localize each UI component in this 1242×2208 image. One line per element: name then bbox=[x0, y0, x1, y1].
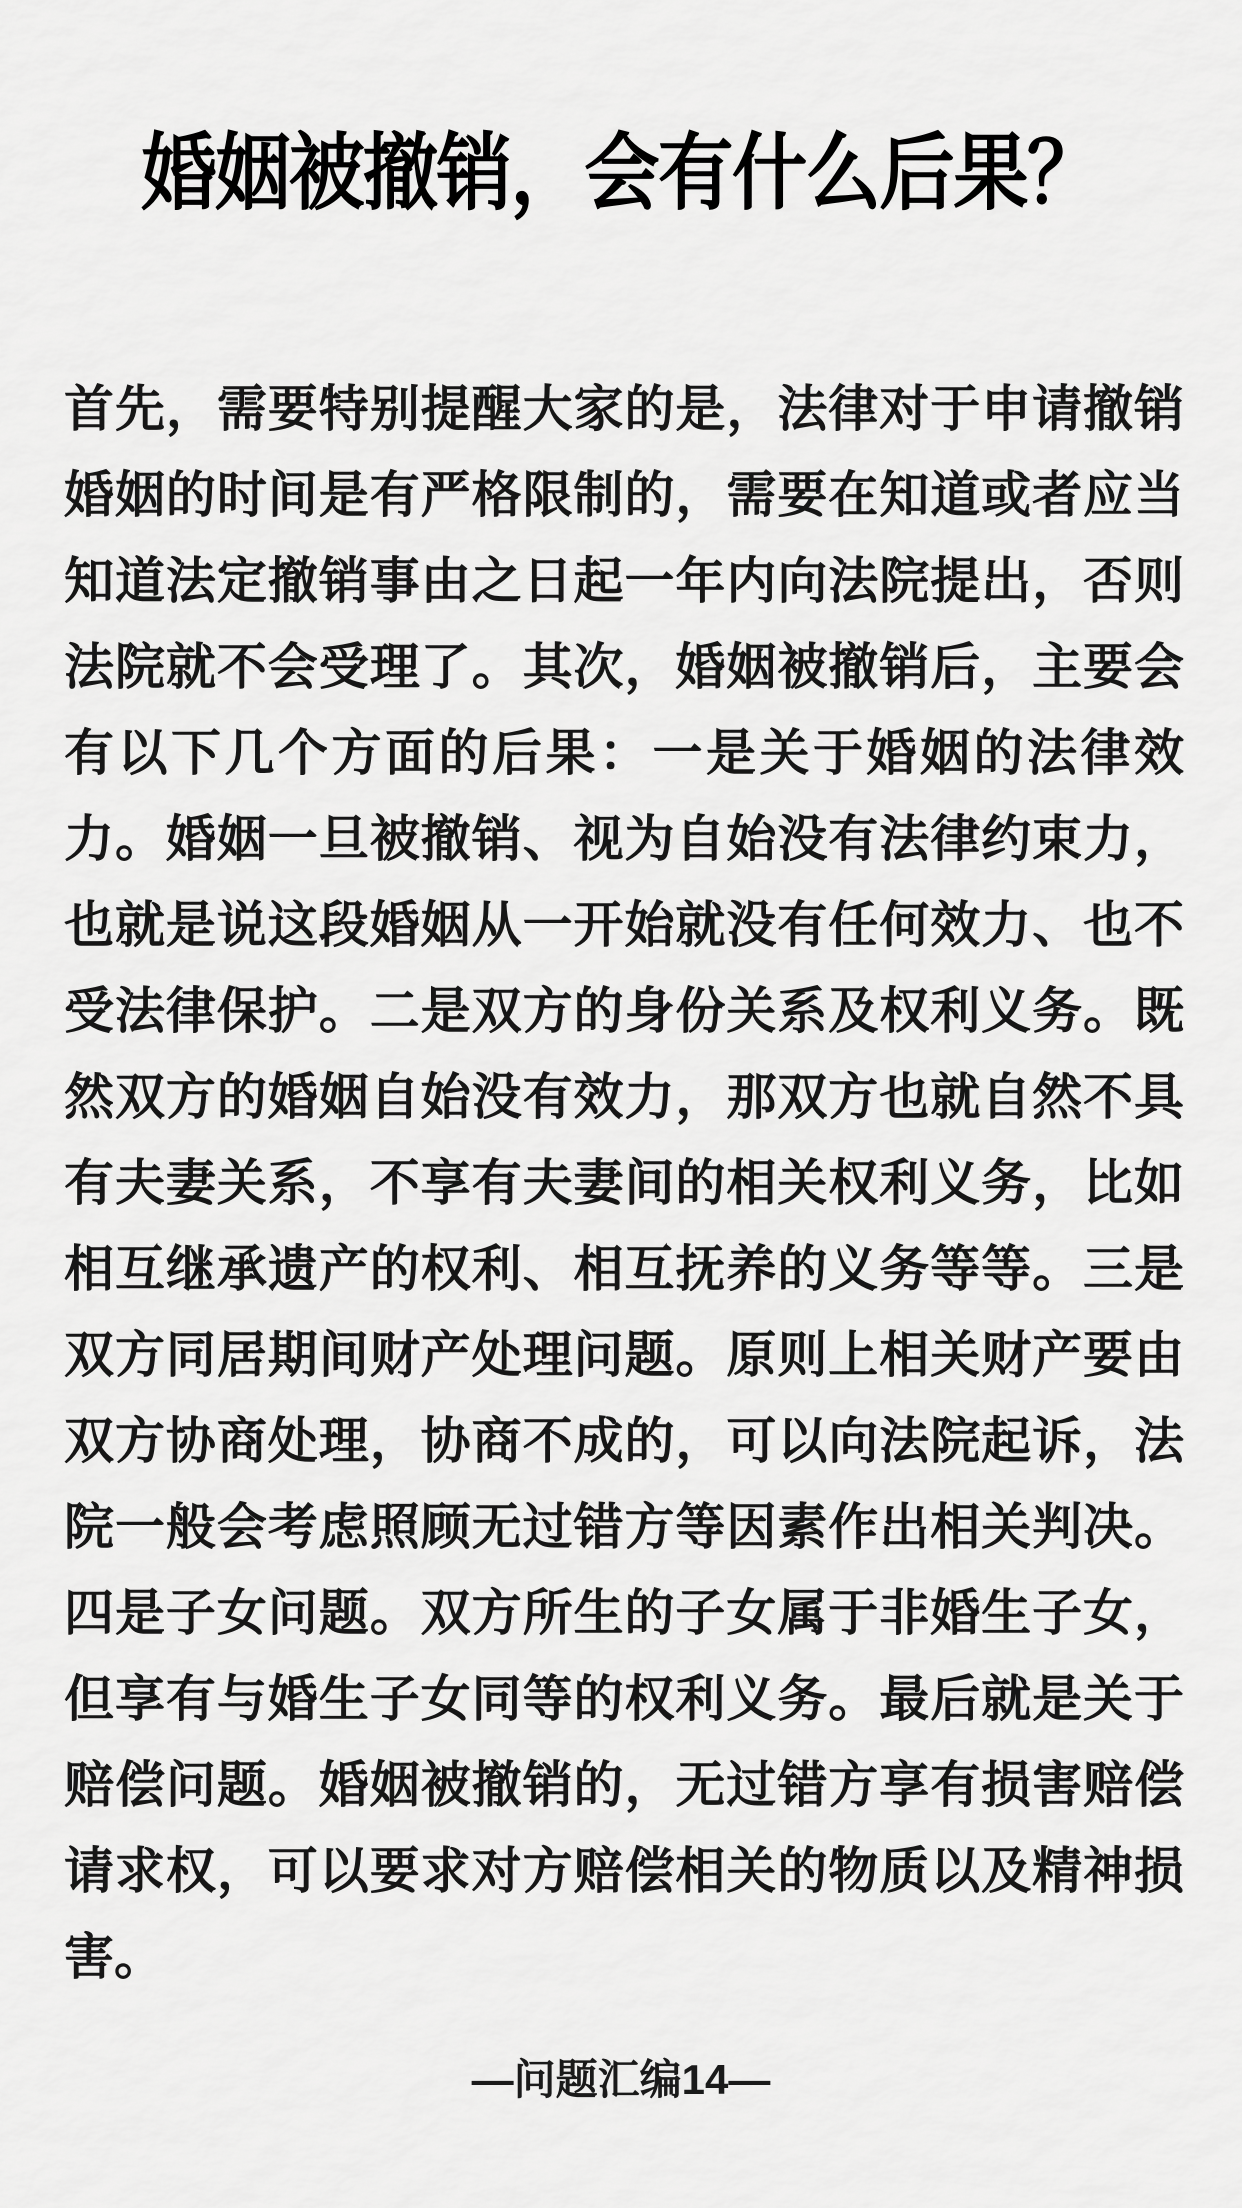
body-line: 首先，需要特别提醒大家的是，法律对于申请撤销 bbox=[64, 366, 1184, 452]
body-line: 害。 bbox=[64, 1914, 1184, 2000]
body-line: 有以下几个方面的后果：一是关于婚姻的法律效 bbox=[64, 710, 1184, 796]
body-line: 也就是说这段婚姻从一开始就没有任何效力、也不 bbox=[64, 882, 1184, 968]
body-line: 四是子女问题。双方所生的子女属于非婚生子女， bbox=[64, 1570, 1184, 1656]
body-line: 双方协商处理，协商不成的，可以向法院起诉，法 bbox=[64, 1398, 1184, 1484]
body-line: 院一般会考虑照顾无过错方等因素作出相关判决。 bbox=[64, 1484, 1184, 1570]
body-line: 知道法定撤销事由之日起一年内向法院提出，否则 bbox=[64, 538, 1184, 624]
article-body: 首先，需要特别提醒大家的是，法律对于申请撤销 婚姻的时间是有严格限制的，需要在知… bbox=[64, 366, 1184, 2000]
body-line: 有夫妻关系，不享有夫妻间的相关权利义务，比如 bbox=[64, 1140, 1184, 1226]
body-line: 法院就不会受理了。其次，婚姻被撤销后，主要会 bbox=[64, 624, 1184, 710]
body-line: 受法律保护。二是双方的身份关系及权利义务。既 bbox=[64, 968, 1184, 1054]
body-line: 赔偿问题。婚姻被撤销的，无过错方享有损害赔偿 bbox=[64, 1742, 1184, 1828]
body-line: 相互继承遗产的权利、相互抚养的义务等等。三是 bbox=[64, 1226, 1184, 1312]
footer-label: —问题汇编14— bbox=[0, 2052, 1242, 2108]
body-line: 但享有与婚生子女同等的权利义务。最后就是关于 bbox=[64, 1656, 1184, 1742]
body-line: 双方同居期间财产处理问题。原则上相关财产要由 bbox=[64, 1312, 1184, 1398]
body-line: 婚姻的时间是有严格限制的，需要在知道或者应当 bbox=[64, 452, 1184, 538]
body-line: 力。婚姻一旦被撤销、视为自始没有法律约束力， bbox=[64, 796, 1184, 882]
page-title-text: 婚姻被撤销，会有什么后果？ bbox=[141, 126, 1100, 220]
body-line: 请求权，可以要求对方赔偿相关的物质以及精神损 bbox=[64, 1828, 1184, 1914]
body-line: 然双方的婚姻自始没有效力，那双方也就自然不具 bbox=[64, 1054, 1184, 1140]
poster-page: 婚姻被撤销，会有什么后果？ 首先，需要特别提醒大家的是，法律对于申请撤销 婚姻的… bbox=[0, 0, 1242, 2208]
page-title: 婚姻被撤销，会有什么后果？ bbox=[0, 126, 1242, 220]
content: 婚姻被撤销，会有什么后果？ 首先，需要特别提醒大家的是，法律对于申请撤销 婚姻的… bbox=[0, 0, 1242, 2208]
